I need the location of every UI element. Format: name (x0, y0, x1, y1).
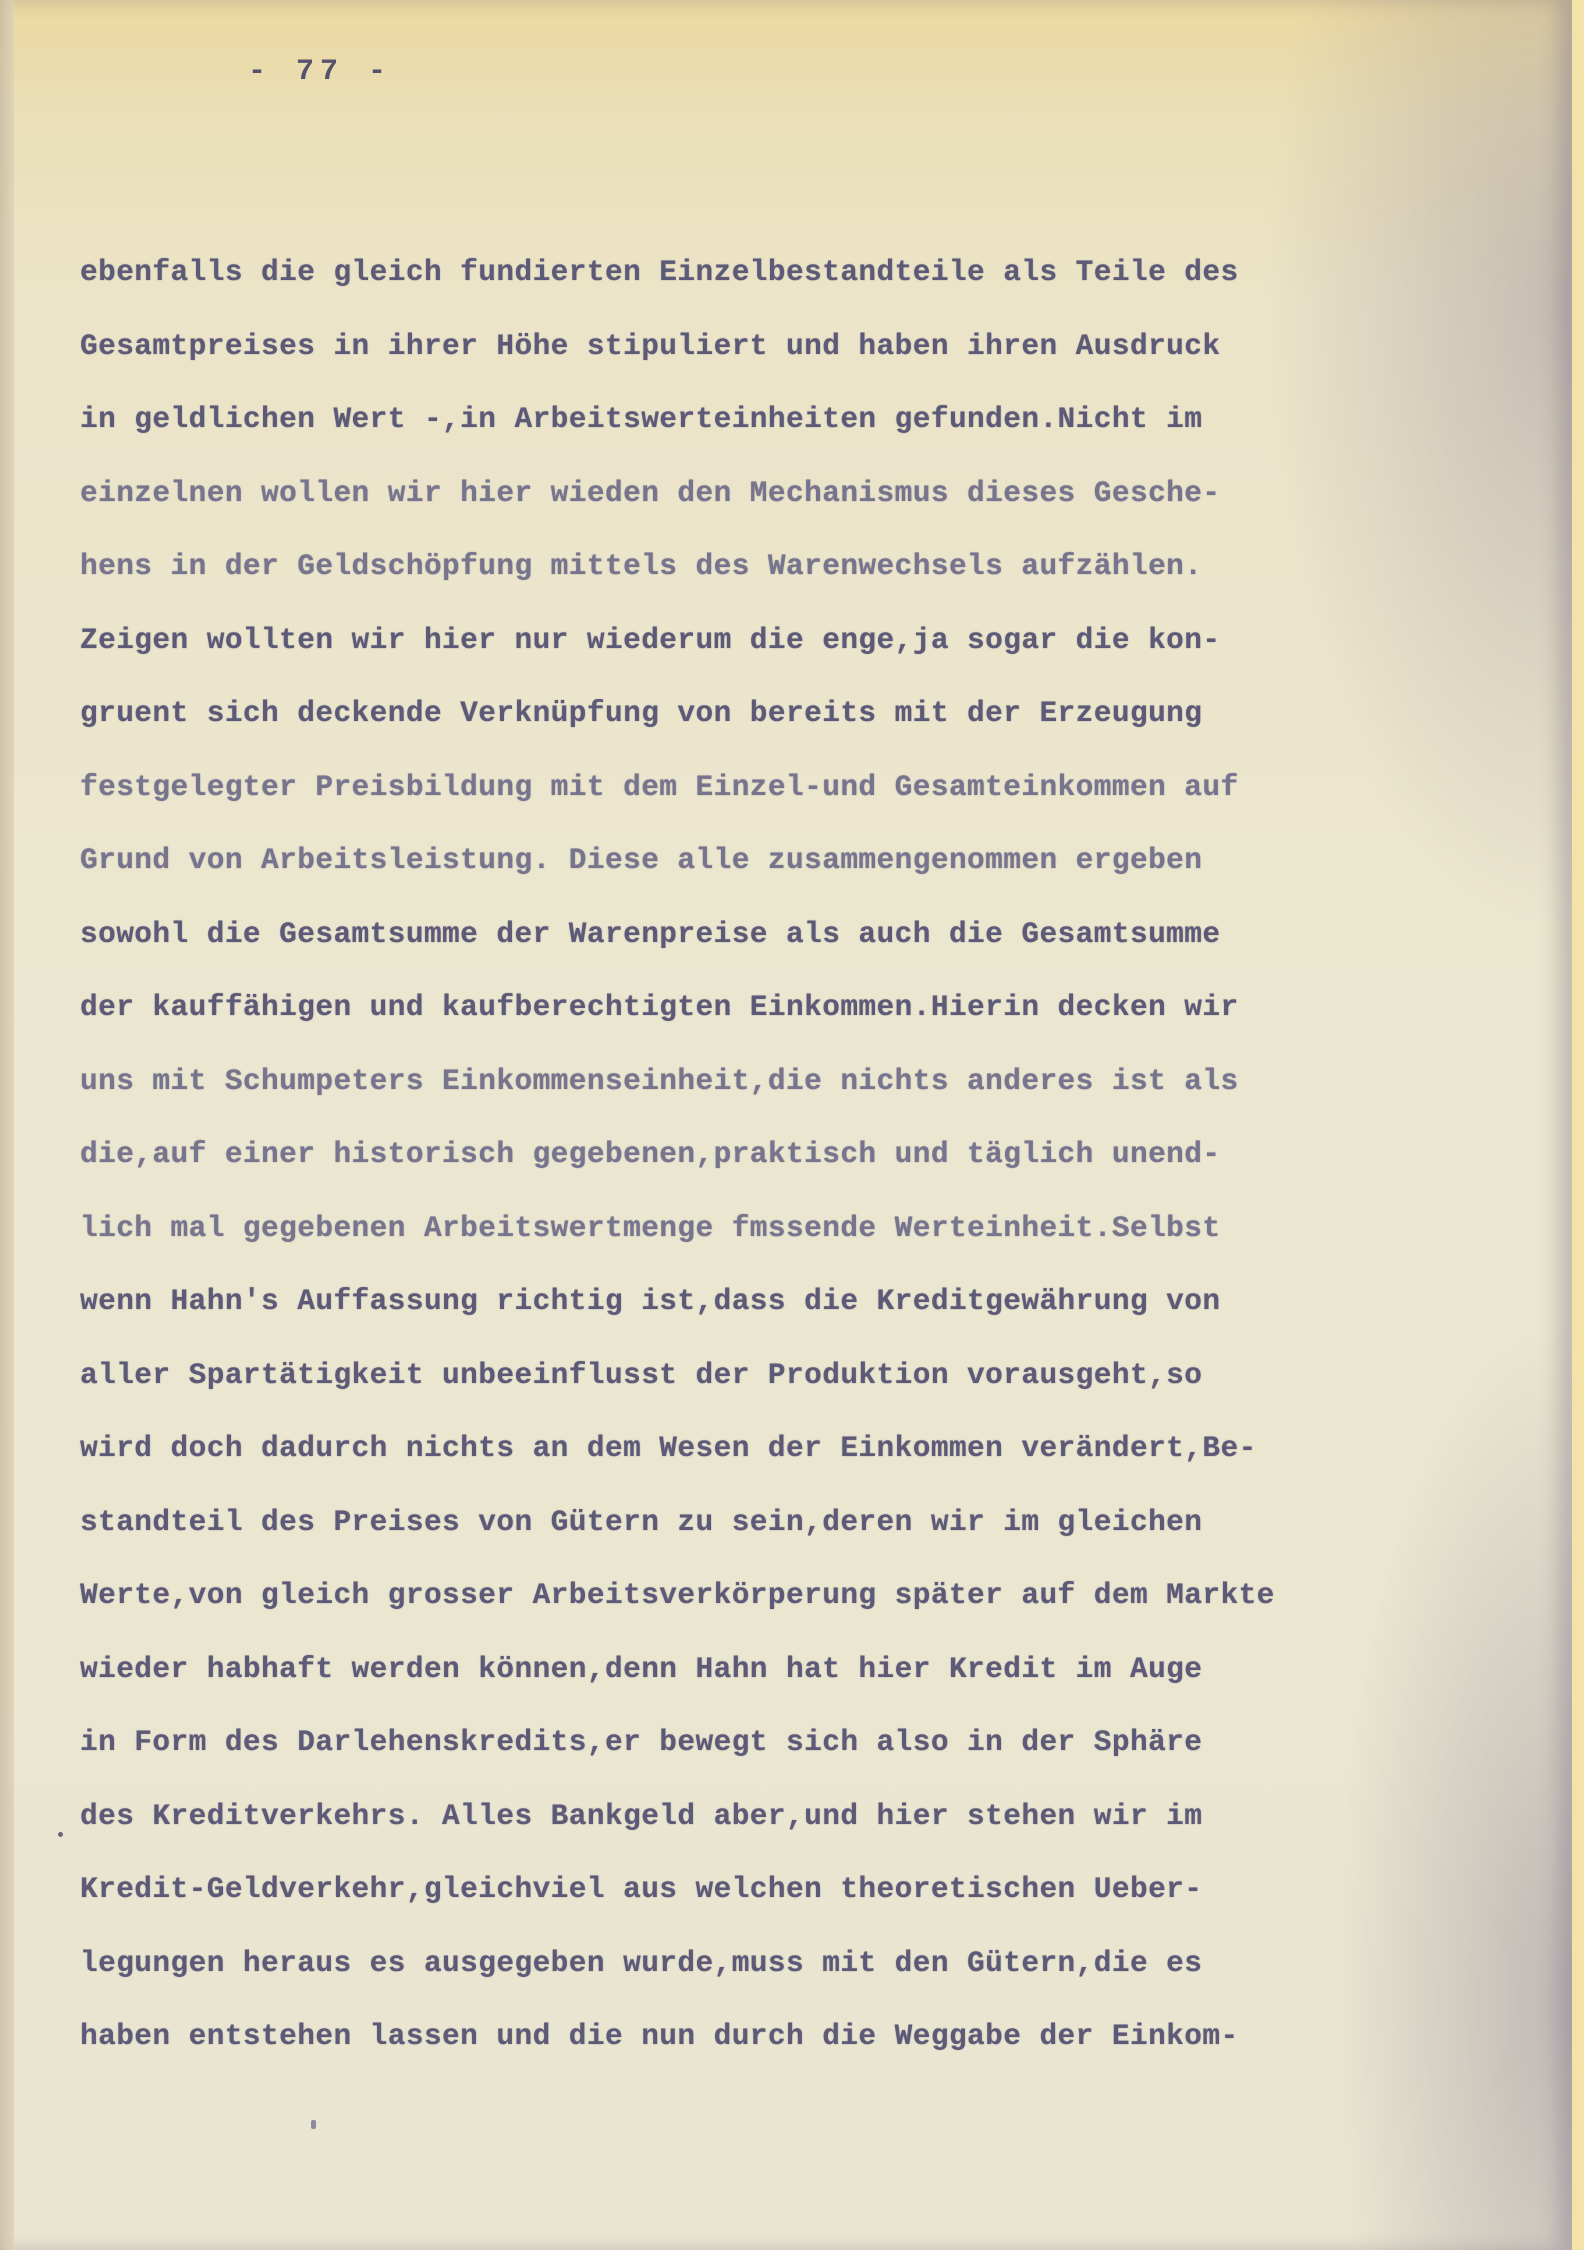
text-line: der kauffähigen und kaufberechtigten Ein… (80, 987, 1560, 1061)
typescript-page: - 77 - ebenfalls die gleich fundierten E… (0, 0, 1572, 2250)
text-line: Zeigen wollten wir hier nur wiederum die… (80, 620, 1560, 694)
text-line: lich mal gegebenen Arbeitswertmenge fmss… (80, 1208, 1560, 1282)
text-line: in geldlichen Wert -,in Arbeitswerteinhe… (80, 399, 1560, 473)
text-line: haben entstehen lassen und die nun durch… (80, 2016, 1560, 2090)
text-line: einzelnen wollen wir hier wieden den Mec… (80, 473, 1560, 547)
scan-right-margin (1572, 0, 1584, 2250)
text-line: gruent sich deckende Verknüpfung von ber… (80, 693, 1560, 767)
text-line: uns mit Schumpeters Einkommenseinheit,di… (80, 1061, 1560, 1135)
text-line: Grund von Arbeitsleistung. Diese alle zu… (80, 840, 1560, 914)
typescript-body: ebenfalls die gleich fundierten Einzelbe… (80, 252, 1560, 2090)
stray-ink-mark (311, 2120, 316, 2129)
text-line: Gesamtpreises in ihrer Höhe stipuliert u… (80, 326, 1560, 400)
page-number: - 77 - (0, 55, 640, 89)
text-line: wenn Hahn's Auffassung richtig ist,dass … (80, 1281, 1560, 1355)
text-line: hens in der Geldschöpfung mittels des Wa… (80, 546, 1560, 620)
page-left-edge-shadow (0, 0, 14, 2250)
text-line: sowohl die Gesamtsumme der Warenpreise a… (80, 914, 1560, 988)
text-line: Werte,von gleich grosser Arbeitsverkörpe… (80, 1575, 1560, 1649)
text-line: in Form des Darlehenskredits,er bewegt s… (80, 1722, 1560, 1796)
text-line: festgelegter Preisbildung mit dem Einzel… (80, 767, 1560, 841)
text-line: des Kreditverkehrs. Alles Bankgeld aber,… (80, 1796, 1560, 1870)
text-line: standteil des Preises von Gütern zu sein… (80, 1502, 1560, 1576)
text-line: Kredit-Geldverkehr,gleichviel aus welche… (80, 1869, 1560, 1943)
text-line: die,auf einer historisch gegebenen,prakt… (80, 1134, 1560, 1208)
text-line: ebenfalls die gleich fundierten Einzelbe… (80, 252, 1560, 326)
text-line: aller Spartätigkeit unbeeinflusst der Pr… (80, 1355, 1560, 1429)
text-line: wieder habhaft werden können,denn Hahn h… (80, 1649, 1560, 1723)
text-line: wird doch dadurch nichts an dem Wesen de… (80, 1428, 1560, 1502)
margin-dot-mark (58, 1832, 63, 1837)
text-line: legungen heraus es ausgegeben wurde,muss… (80, 1943, 1560, 2017)
